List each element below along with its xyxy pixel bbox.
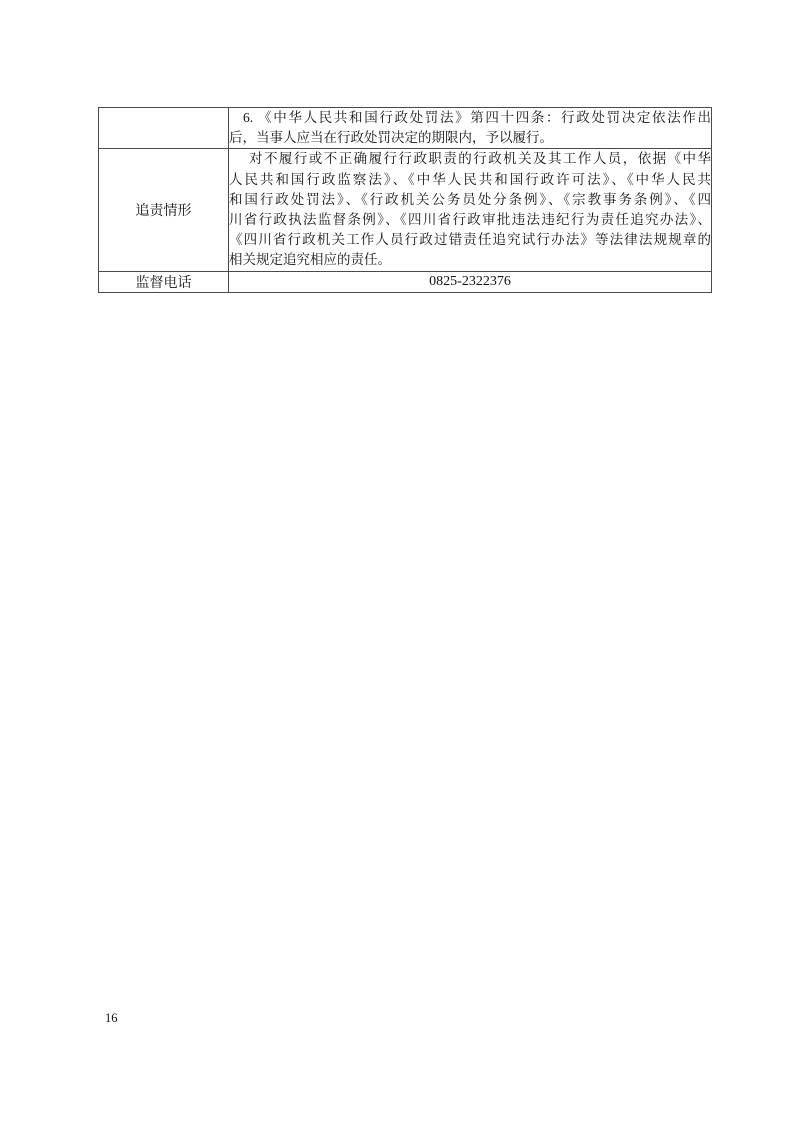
text-line: 和国行政处罚法》、《行政机关公务员处分条例》、《宗教事务条例》、《四 (229, 190, 711, 210)
text-line: 6. 《中华人民共和国行政处罚法》第四十四条：行政处罚决定依法作出 (229, 108, 711, 128)
row-label-accountability: 追责情形 (99, 149, 229, 271)
document-page: 6. 《中华人民共和国行政处罚法》第四十四条：行政处罚决定依法作出后，当事人应当… (0, 0, 793, 1122)
accountability-info-table: 6. 《中华人民共和国行政处罚法》第四十四条：行政处罚决定依法作出后，当事人应当… (98, 107, 712, 293)
row-label-supervision-phone: 监督电话 (99, 271, 229, 292)
row-label-empty (99, 108, 229, 149)
page-number: 16 (105, 1011, 118, 1026)
table-row-legal-basis-continuation: 6. 《中华人民共和国行政处罚法》第四十四条：行政处罚决定依法作出后，当事人应当… (99, 108, 712, 149)
text-line: 人民共和国行政监察法》、《中华人民共和国行政许可法》、《中华人民共 (229, 170, 711, 190)
text-line: 后，当事人应当在行政处罚决定的期限内，予以履行。 (229, 128, 711, 148)
text-line: 相关规定追究相应的责任。 (229, 250, 711, 270)
table-row-accountability: 追责情形 对不履行或不正确履行行政职责的行政机关及其工作人员，依据《中华人民共和… (99, 149, 712, 271)
row-content-legal-basis-item-6: 6. 《中华人民共和国行政处罚法》第四十四条：行政处罚决定依法作出后，当事人应当… (229, 108, 712, 149)
table-row-supervision-phone: 监督电话 0825-2322376 (99, 271, 712, 292)
row-content-supervision-phone-number: 0825-2322376 (229, 271, 712, 292)
row-content-accountability: 对不履行或不正确履行行政职责的行政机关及其工作人员，依据《中华人民共和国行政监察… (229, 149, 712, 271)
text-line: 《四川省行政机关工作人员行政过错责任追究试行办法》等法律法规规章的 (229, 230, 711, 250)
text-line: 对不履行或不正确履行行政职责的行政机关及其工作人员，依据《中华 (229, 149, 711, 169)
text-line: 川省行政执法监督条例》、《四川省行政审批违法违纪行为责任追究办法》、 (229, 210, 711, 230)
